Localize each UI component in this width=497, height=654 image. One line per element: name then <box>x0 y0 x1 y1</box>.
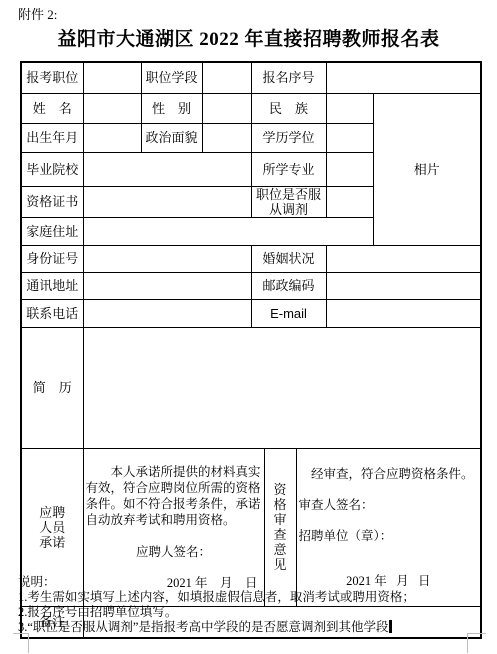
field-degree[interactable] <box>326 123 373 152</box>
label-marriage: 婚姻状况 <box>251 245 326 272</box>
field-stage[interactable] <box>202 62 251 93</box>
text-cursor <box>389 620 392 633</box>
label-ethnicity: 民 族 <box>251 93 326 123</box>
label-stage: 职位学段 <box>141 62 202 93</box>
label-birth: 出生年月 <box>21 123 83 152</box>
label-id-number: 身份证号 <box>21 245 83 272</box>
label-adjustment: 职位是否服 从调剂 <box>251 186 326 217</box>
commitment-signature-line: 应聘人签名： <box>86 544 262 560</box>
label-serial: 报名序号 <box>251 62 326 93</box>
field-position[interactable] <box>83 62 141 93</box>
field-gender[interactable] <box>202 93 251 123</box>
label-name: 姓 名 <box>21 93 83 123</box>
label-home-address: 家庭住址 <box>21 217 83 245</box>
instructions-block: 说明： 1.考生需如实填写上述内容，如填报虚假信息者，取消考试或聘用资格； 2.… <box>18 575 492 635</box>
field-major[interactable] <box>326 152 373 186</box>
instruction-item: 1.考生需如实填写上述内容，如填报虚假信息者，取消考试或聘用资格； <box>18 590 492 605</box>
field-mailing-address[interactable] <box>83 272 251 299</box>
label-major: 所学专业 <box>251 152 326 186</box>
label-gender: 性 别 <box>141 93 202 123</box>
recruiting-unit-seal-line: 招聘单位（章）： <box>299 528 479 544</box>
label-mailing-address: 通讯地址 <box>21 272 83 299</box>
reviewer-signature-line: 审查人签名： <box>299 497 479 513</box>
field-politics[interactable] <box>202 123 251 152</box>
instructions-heading: 说明： <box>18 575 492 590</box>
label-postcode: 邮政编码 <box>251 272 326 299</box>
page-boundary-mark-bottom-left <box>13 633 29 653</box>
field-resume[interactable] <box>83 327 481 448</box>
page-title: 益阳市大通湖区 2022 年直接招聘教师报名表 <box>0 24 497 51</box>
instruction-item: 3.“职位是否服从调剂”是指报考高中学段的是否愿意调剂到其他学段 <box>18 620 492 635</box>
field-home-address[interactable] <box>83 217 373 245</box>
label-school: 毕业院校 <box>21 152 83 186</box>
commitment-text: 本人承诺所提供的材料真实有效，符合应聘岗位所需的资格条件。如不符合报考条件，承诺… <box>86 464 262 528</box>
field-email[interactable] <box>326 299 481 327</box>
field-certificate[interactable] <box>83 186 251 217</box>
label-certificate: 资格证书 <box>21 186 83 217</box>
review-result-text: 经审查，符合应聘资格条件。 <box>299 466 479 482</box>
instruction-item: 2.报名序号由招聘单位填写。 <box>18 605 492 620</box>
field-id-number[interactable] <box>83 245 251 272</box>
field-adjustment[interactable] <box>326 186 373 217</box>
field-birth[interactable] <box>83 123 141 152</box>
label-email: E-mail <box>251 299 326 327</box>
label-politics: 政治面貌 <box>141 123 202 152</box>
photo-box[interactable]: 相片 <box>373 93 481 245</box>
field-marriage[interactable] <box>326 245 481 272</box>
field-name[interactable] <box>83 93 141 123</box>
label-resume: 简 历 <box>21 327 83 448</box>
label-degree: 学历学位 <box>251 123 326 152</box>
registration-form-table: 报考职位 职位学段 报名序号 姓 名 性 别 民 族 相片 出生年月 政治面貌 … <box>20 61 482 639</box>
field-phone[interactable] <box>83 299 251 327</box>
label-position: 报考职位 <box>21 62 83 93</box>
label-phone: 联系电话 <box>21 299 83 327</box>
instruction-item-text: 3.“职位是否服从调剂”是指报考高中学段的是否愿意调剂到其他学段 <box>18 620 388 634</box>
attachment-label: 附件 2: <box>18 4 57 23</box>
page-boundary-mark-bottom-right <box>467 633 486 653</box>
field-postcode[interactable] <box>326 272 481 299</box>
field-school[interactable] <box>83 152 251 186</box>
field-serial[interactable] <box>326 62 481 93</box>
field-ethnicity[interactable] <box>326 93 373 123</box>
document-page: 附件 2: 益阳市大通湖区 2022 年直接招聘教师报名表 报考职位 职位学段 … <box>0 0 497 654</box>
